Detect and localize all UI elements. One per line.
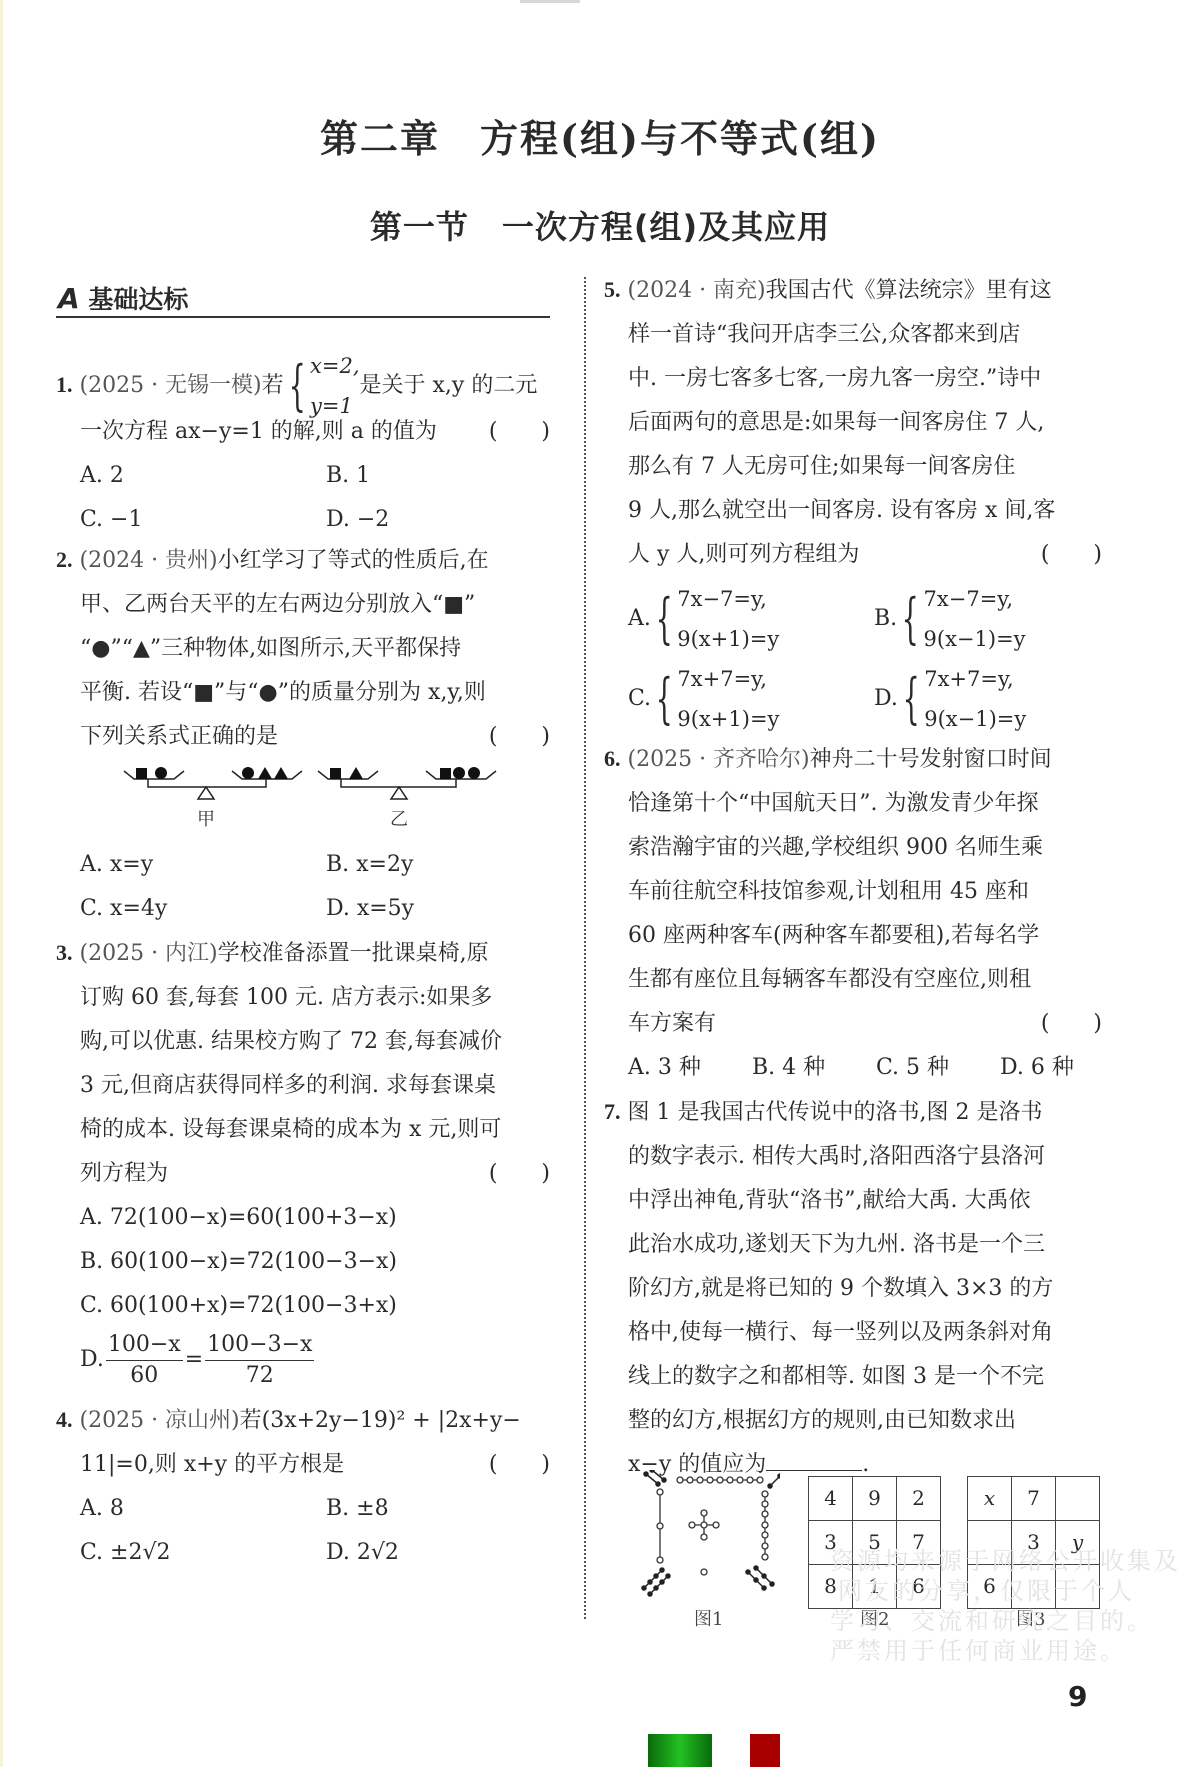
square-weight	[136, 768, 147, 779]
question-text: 后面两句的意思是:如果每一间客房住 7 人,	[604, 401, 1106, 445]
question-text: “●”“▲”三种物体,如图所示,天平都保持	[56, 627, 554, 671]
options: A. 8 B. ±8 C. ±2√2 D. 2√2	[56, 1487, 554, 1575]
question-text: 一次方程 ax−y=1 的解,则 a 的值为	[80, 419, 437, 444]
question-text: 恰逢第十个“中国航天日”. 为激发青少年探	[604, 782, 1106, 826]
question-text: 学校准备添置一批课桌椅,原	[218, 941, 489, 966]
question-text: 车方案有	[628, 1011, 716, 1036]
question-4: 4. (2025 · 凉山州)若(3x+2y−19)² + |2x+y− 11|…	[56, 1398, 554, 1575]
option-c[interactable]: C.{7x+7=y,9(x+1)=y	[628, 661, 874, 737]
question-text: 下列关系式正确的是	[80, 724, 278, 749]
question-text: 生都有座位且每辆客车都没有空座位,则租	[604, 958, 1106, 1002]
question-number: 6.	[604, 746, 621, 771]
question-source: (2025 · 无锡一模)	[80, 373, 262, 398]
answer-blank[interactable]: ( )	[489, 410, 550, 454]
option-d[interactable]: D.{7x+7=y,9(x−1)=y	[874, 661, 1124, 737]
option-d[interactable]: D. −2	[326, 498, 576, 542]
question-text: 订购 60 套,每套 100 元. 店方表示:如果多	[56, 976, 554, 1020]
option-label: B.	[874, 597, 897, 641]
band-letter: A	[58, 282, 80, 315]
question-text: 神舟二十号发射窗口时间	[810, 747, 1052, 772]
question-source: (2024 · 南充)	[628, 278, 766, 303]
question-text: 线上的数字之和都相等. 如图 3 是一个不完	[604, 1355, 1106, 1399]
question-number: 5.	[604, 277, 621, 302]
system-line: 9(x−1)=y	[924, 619, 1026, 659]
option-c[interactable]: C. 60(100+x)=72(100−3+x)	[56, 1284, 554, 1328]
question-text: 索浩瀚宇宙的兴趣,学校组织 900 名师生乘	[604, 826, 1106, 870]
punctuation: .	[862, 1452, 869, 1477]
watermark: 资源均来源于网络公开收集及 网友的分享，仅限于个人 学习、交流和研究之目的。 严…	[830, 1546, 1190, 1666]
question-text: 阶幻方,就是将已知的 9 个数填入 3×3 的方	[604, 1267, 1106, 1311]
question-number: 2.	[56, 547, 73, 572]
options: A. 3 种 B. 4 种 C. 5 种 D. 6 种	[604, 1046, 1106, 1090]
option-a[interactable]: A.{7x−7=y,9(x+1)=y	[628, 577, 874, 661]
band-label: 基础达标	[88, 285, 188, 314]
equals-sign: =	[185, 1338, 203, 1382]
system-line: 9(x−1)=y	[924, 699, 1026, 739]
numerator: 100−x	[106, 1330, 183, 1361]
option-a[interactable]: A. x=y	[80, 843, 326, 887]
question-text: 9 人,那么就空出一间客房. 设有客房 x 间,客	[604, 489, 1106, 533]
system-line: 7x−7=y,	[924, 579, 1026, 619]
green-edge-tab	[648, 1734, 712, 1767]
question-text: 图 1 是我国古代传说中的洛书,图 2 是洛书	[628, 1100, 1043, 1125]
option-label: A.	[628, 597, 651, 641]
red-edge-tab	[750, 1734, 780, 1767]
option-b[interactable]: B. x=2y	[326, 843, 576, 887]
question-text: 平衡. 若设“■”与“●”的质量分别为 x,y,则	[56, 671, 554, 715]
question-text: 甲、乙两台天平的左右两边分别放入“■”	[56, 583, 554, 627]
watermark-line: 严禁用于任何商业用途。	[830, 1636, 1190, 1666]
options: A.{7x−7=y,9(x+1)=y B.{7x−7=y,9(x−1)=y C.…	[604, 577, 1106, 737]
question-source: (2024 · 贵州)	[80, 548, 218, 573]
page-edge	[0, 0, 3, 1767]
grid-cell	[1056, 1477, 1100, 1521]
question-text: 11|=0,则 x+y 的平方根是	[80, 1452, 344, 1477]
fraction: 100−3−x72	[205, 1330, 314, 1391]
question-text: 我国古代《算法统宗》里有这	[766, 278, 1052, 303]
watermark-line: 资源均来源于网络公开收集及	[830, 1546, 1190, 1576]
option-d[interactable]: D. 2√2	[326, 1531, 576, 1575]
balance-figure: 甲 乙	[56, 759, 554, 849]
question-text: 格中,使每一横行、每一竖列以及两条斜对角	[604, 1311, 1106, 1355]
answer-blank[interactable]: ( )	[1041, 1002, 1102, 1046]
question-source: (2025 · 凉山州)	[80, 1408, 240, 1433]
question-number: 1.	[56, 372, 73, 397]
question-text: 小红学习了等式的性质后,在	[218, 548, 489, 573]
question-5: 5. (2024 · 南充)我国古代《算法统宗》里有这 样一首诗“我问开店李三公…	[604, 268, 1106, 737]
fraction: 100−x60	[106, 1330, 183, 1391]
grid-cell: 7	[1012, 1477, 1056, 1521]
question-2: 2. (2024 · 贵州)小红学习了等式的性质后,在 甲、乙两台天平的左右两边…	[56, 538, 554, 931]
question-number: 4.	[56, 1407, 73, 1432]
option-b[interactable]: B.{7x−7=y,9(x−1)=y	[874, 577, 1124, 661]
left-column: 1. (2025 · 无锡一模)若{x=2,y=1是关于 x,y 的二元 一次方…	[56, 346, 554, 1575]
question-text: 样一首诗“我问开店李三公,众客都来到店	[604, 313, 1106, 357]
answer-blank[interactable]: ( )	[1041, 533, 1102, 577]
option-b[interactable]: B. ±8	[326, 1487, 576, 1531]
question-source: (2025 · 内江)	[80, 941, 218, 966]
system-line: 7x+7=y,	[677, 659, 779, 699]
question-text: 列方程为	[80, 1161, 168, 1186]
option-a[interactable]: A. 2	[80, 454, 326, 498]
system-line: 7x−7=y,	[677, 579, 779, 619]
question-3: 3. (2025 · 内江)学校准备添置一批课桌椅,原 订购 60 套,每套 1…	[56, 931, 554, 1392]
question-6: 6. (2025 · 齐齐哈尔)神舟二十号发射窗口时间 恰逢第十个“中国航天日”…	[604, 737, 1106, 1090]
question-text: 车前往航空科技馆参观,计划租用 45 座和	[604, 870, 1106, 914]
system-line: 9(x+1)=y	[677, 619, 779, 659]
question-text: 人 y 人,则可列方程组为	[628, 542, 859, 567]
option-a[interactable]: A. 72(100−x)=60(100+3−x)	[56, 1196, 554, 1240]
page-number: 9	[1068, 1680, 1087, 1713]
question-text: 60 座两种客车(两种客车都要租),若每名学	[604, 914, 1106, 958]
question-text: 若(3x+2y−19)² + |2x+y−	[240, 1408, 521, 1433]
option-c[interactable]: C. ±2√2	[80, 1531, 326, 1575]
option-d[interactable]: D. 100−x60 = 100−3−x72	[56, 1328, 554, 1392]
question-text: 椅的成本. 设每套课桌椅的成本为 x 元,则可	[56, 1108, 554, 1152]
balance-label: 乙	[390, 809, 408, 830]
question-number: 7.	[604, 1099, 621, 1124]
band-rule	[56, 316, 550, 318]
option-label: D.	[80, 1338, 104, 1382]
option-c[interactable]: C. x=4y	[80, 887, 326, 931]
question-source: (2025 · 齐齐哈尔)	[628, 747, 810, 772]
column-divider	[584, 277, 586, 1619]
grid-cell: 4	[809, 1477, 853, 1521]
question-text: 那么有 7 人无房可住;如果每一间客房住	[604, 445, 1106, 489]
grid-cell: 9	[853, 1477, 897, 1521]
question-text: 中浮出神龟,背驮“洛书”,献给大禹. 大禹依	[604, 1179, 1106, 1223]
grid-cell: 2	[897, 1477, 941, 1521]
figure-1-label: 图1	[694, 1605, 723, 1631]
question-1: 1. (2025 · 无锡一模)若{x=2,y=1是关于 x,y 的二元 一次方…	[56, 346, 554, 542]
option-d[interactable]: D. x=5y	[326, 887, 576, 931]
denominator: 60	[130, 1361, 158, 1391]
option-a[interactable]: A. 3 种	[628, 1046, 752, 1090]
top-tab-mark	[520, 0, 580, 3]
band-heading: A 基础达标	[58, 280, 188, 316]
question-text: 3 元,但商店获得同样多的利润. 求每套课桌	[56, 1064, 554, 1108]
fill-in-blank[interactable]	[766, 1450, 862, 1471]
question-7: 7. 图 1 是我国古代传说中的洛书,图 2 是洛书 的数字表示. 相传大禹时,…	[604, 1090, 1106, 1487]
answer-blank[interactable]: ( )	[489, 1152, 550, 1196]
answer-blank[interactable]: ( )	[489, 715, 550, 759]
option-d[interactable]: D. 6 种	[1000, 1046, 1124, 1090]
option-label: D.	[874, 677, 898, 721]
option-b[interactable]: B. 60(100−x)=72(100−3−x)	[56, 1240, 554, 1284]
watermark-line: 学习、交流和研究之目的。	[830, 1606, 1190, 1636]
question-text: 是关于 x,y 的二元	[360, 373, 538, 398]
question-text: 若	[262, 373, 284, 398]
numerator: 100−3−x	[205, 1330, 314, 1361]
question-text: 中. 一房七客多七客,一房九客一房空.”诗中	[604, 357, 1106, 401]
options: A. 2 B. 1 C. −1 D. −2	[56, 454, 554, 542]
options: A. x=y B. x=2y C. x=4y D. x=5y	[56, 843, 554, 931]
option-b[interactable]: B. 4 种	[752, 1046, 876, 1090]
option-b[interactable]: B. 1	[326, 454, 576, 498]
question-text: 整的幻方,根据幻方的规则,由已知数求出	[604, 1399, 1106, 1443]
option-c[interactable]: C. 5 种	[876, 1046, 1000, 1090]
denominator: 72	[246, 1361, 274, 1391]
question-text: 此治水成功,遂划天下为九州. 洛书是一个三	[604, 1223, 1106, 1267]
question-text: 购,可以优惠. 结果校方购了 72 套,每套减价	[56, 1020, 554, 1064]
option-a[interactable]: A. 8	[80, 1487, 326, 1531]
chapter-title: 第二章 方程(组)与不等式(组)	[0, 108, 1200, 163]
balance-label: 甲	[197, 809, 215, 830]
answer-blank[interactable]: ( )	[489, 1443, 550, 1487]
question-text: 的数字表示. 相传大禹时,洛阳西洛宁县洛河	[604, 1135, 1106, 1179]
right-column: 5. (2024 · 南充)我国古代《算法统宗》里有这 样一首诗“我问开店李三公…	[604, 268, 1106, 1487]
question-number: 3.	[56, 940, 73, 965]
system-line: x=2,	[310, 346, 359, 386]
section-title: 第一节 一次方程(组)及其应用	[0, 202, 1200, 248]
grid-cell: x	[968, 1477, 1012, 1521]
watermark-line: 网友的分享，仅限于个人	[830, 1576, 1190, 1606]
system-line: 7x+7=y,	[924, 659, 1026, 699]
balance-scales-icon: 甲 乙	[56, 759, 554, 849]
luoshu-diagram-icon	[640, 1470, 780, 1600]
option-label: C.	[628, 677, 651, 721]
system-line: 9(x+1)=y	[677, 699, 779, 739]
option-c[interactable]: C. −1	[80, 498, 326, 542]
